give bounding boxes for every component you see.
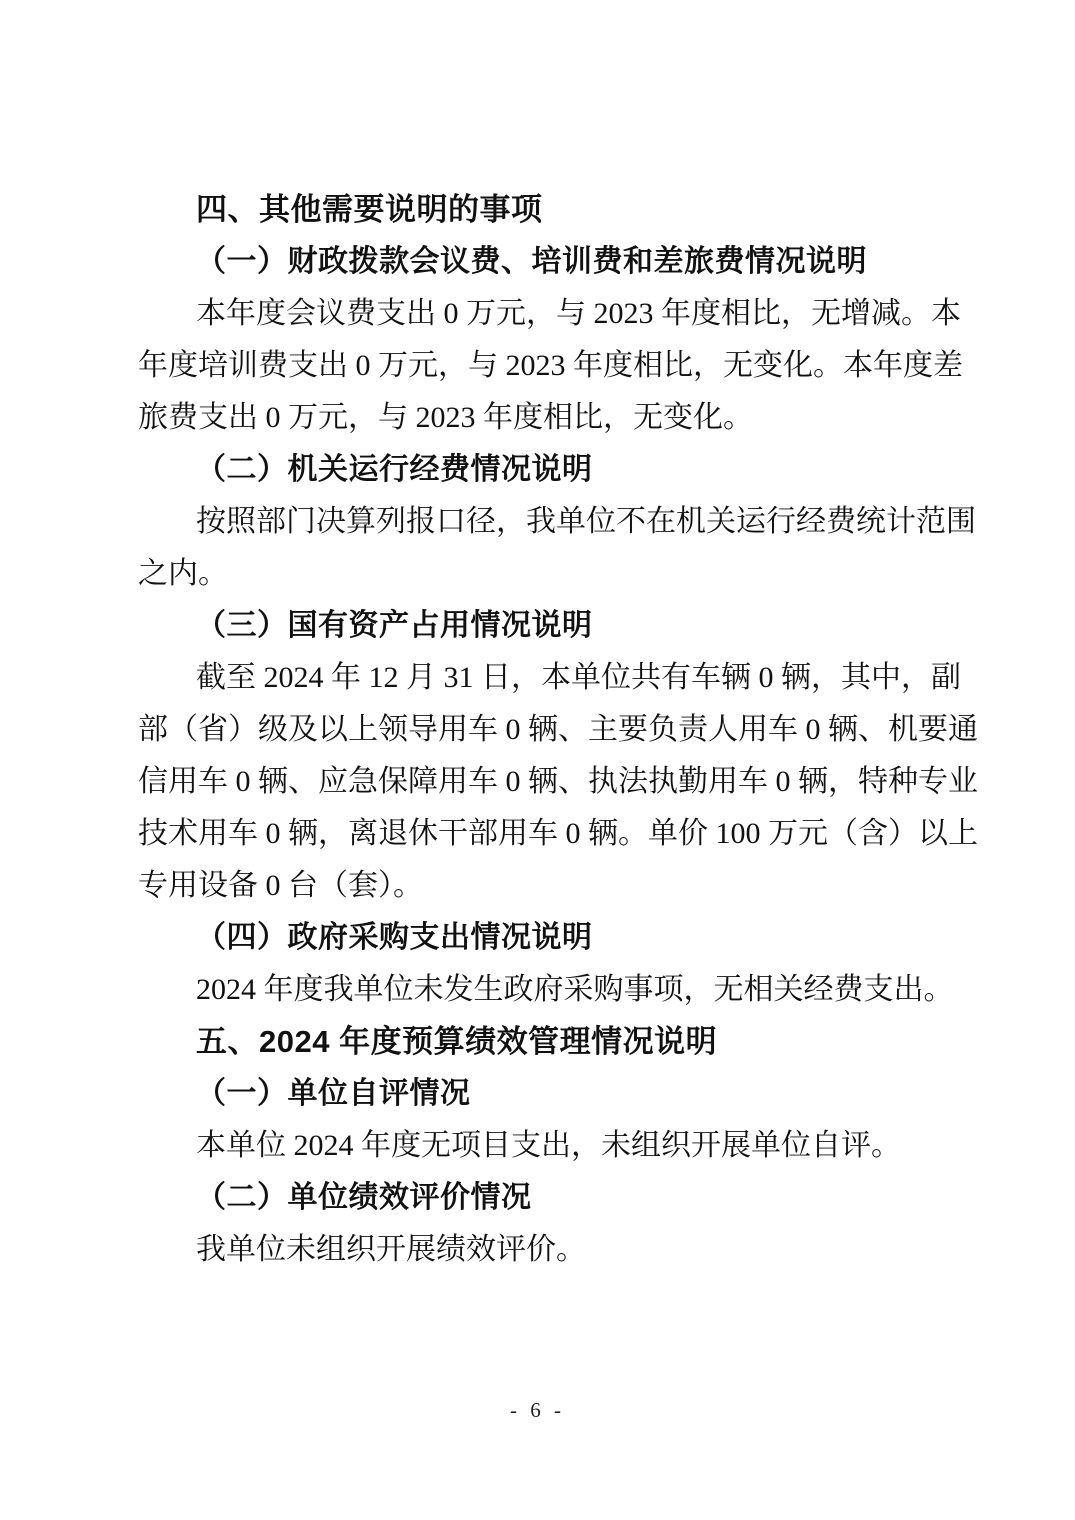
body-line: 我单位未组织开展绩效评价。 [138, 1224, 944, 1276]
page-footer: - 6 - [0, 1398, 1075, 1423]
body-line: 技术用车 0 辆，离退休干部用车 0 辆。单价 100 万元（含）以上 [138, 808, 944, 860]
subsection-heading: （一）财政拨款会议费、培训费和差旅费情况说明 [138, 236, 944, 288]
body-line: 年度培训费支出 0 万元，与 2023 年度相比，无变化。本年度差 [138, 340, 944, 392]
page-number: - 6 - [510, 1398, 565, 1422]
body-line: 本年度会议费支出 0 万元，与 2023 年度相比，无增减。本 [138, 288, 944, 340]
body-line: 之内。 [138, 548, 944, 600]
body-line: 截至 2024 年 12 月 31 日，本单位共有车辆 0 辆，其中，副 [138, 652, 944, 704]
body-line: 专用设备 0 台（套）。 [138, 860, 944, 912]
body-line: 信用车 0 辆、应急保障用车 0 辆、执法执勤用车 0 辆，特种专业 [138, 756, 944, 808]
subsection-heading: （一）单位自评情况 [138, 1068, 944, 1120]
document-page: 四、其他需要说明的事项（一）财政拨款会议费、培训费和差旅费情况说明本年度会议费支… [0, 0, 1075, 1520]
body-line: 旅费支出 0 万元，与 2023 年度相比，无变化。 [138, 392, 944, 444]
subsection-heading: （二）单位绩效评价情况 [138, 1172, 944, 1224]
body-line: 按照部门决算列报口径，我单位不在机关运行经费统计范围 [138, 496, 944, 548]
section-heading: 四、其他需要说明的事项 [138, 184, 944, 236]
subsection-heading: （三）国有资产占用情况说明 [138, 600, 944, 652]
body-line: 部（省）级及以上领导用车 0 辆、主要负责人用车 0 辆、机要通 [138, 704, 944, 756]
body-line: 本单位 2024 年度无项目支出，未组织开展单位自评。 [138, 1120, 944, 1172]
body-line: 2024 年度我单位未发生政府采购事项，无相关经费支出。 [138, 964, 944, 1016]
section-heading: 五、2024 年度预算绩效管理情况说明 [138, 1016, 944, 1068]
subsection-heading: （二）机关运行经费情况说明 [138, 444, 944, 496]
subsection-heading: （四）政府采购支出情况说明 [138, 912, 944, 964]
document-body: 四、其他需要说明的事项（一）财政拨款会议费、培训费和差旅费情况说明本年度会议费支… [138, 184, 944, 1276]
